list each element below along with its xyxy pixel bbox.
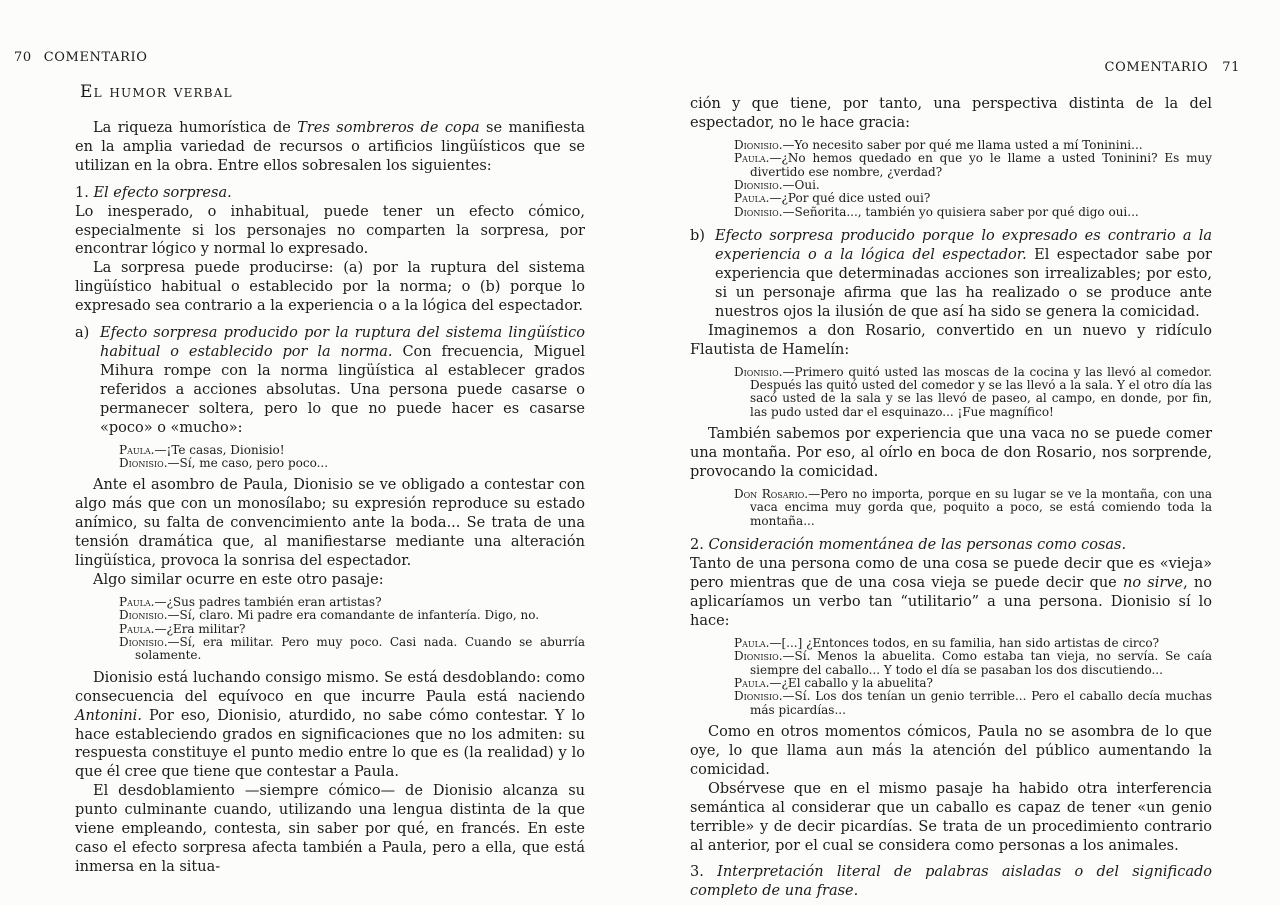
text-run: Imaginemos a don Rosario, convertido en … — [690, 323, 1212, 358]
paragraph: Obsérvese que en el mismo pasaje ha habi… — [690, 780, 1212, 856]
text-run: Obsérvese que en el mismo pasaje ha habi… — [690, 781, 1212, 854]
text-run: —Sí. Menos la abuelita. Como estaba tan … — [750, 649, 1212, 676]
lettered-item: b)Efecto sorpresa producido porque lo ex… — [690, 227, 1212, 322]
text-run: —Primero quitó usted las moscas de la co… — [750, 365, 1212, 419]
speaker-name: Paula. — [734, 636, 770, 650]
text-run: —Yo necesito saber por qué me llama uste… — [783, 138, 1143, 152]
dialogue-line: Dionisio.—Oui. — [734, 179, 1212, 192]
text-run: Lo inesperado, o inhabitual, puede tener… — [75, 204, 585, 258]
numbered-heading: 3. Interpretación literal de palabras ai… — [690, 863, 1212, 901]
text-run: Dionisio está luchando consigo mismo. Se… — [75, 670, 585, 705]
text-run: —Oui. — [783, 178, 820, 192]
lettered-item: a)Efecto sorpresa producido por la ruptu… — [75, 324, 585, 437]
dialogue-block: Paula.—[...] ¿Entonces todos, en su fami… — [734, 637, 1212, 717]
speaker-name: Paula. — [119, 622, 155, 636]
dialogue-line: Don Rosario.—Pero no importa, porque en … — [734, 488, 1212, 528]
speaker-name: Dionisio. — [734, 649, 783, 663]
running-head-right: COMENTARIO71 — [1105, 60, 1240, 75]
paragraph: También sabemos por experiencia que una … — [690, 425, 1212, 482]
speaker-name: Dionisio. — [119, 635, 168, 649]
text-run: —Sí, era militar. Pero muy poco. Casi na… — [135, 635, 585, 662]
speaker-name: Paula. — [734, 676, 770, 690]
paragraph: La sorpresa puede producirse: (a) por la… — [75, 259, 585, 316]
page-number-left: 70 — [14, 50, 32, 65]
dialogue-block: Dionisio.—Yo necesito saber por qué me l… — [734, 139, 1212, 219]
dialogue-block: Don Rosario.—Pero no importa, porque en … — [734, 488, 1212, 528]
text-run: no sirve — [1123, 575, 1183, 591]
paragraph: Tanto de una persona como de una cosa se… — [690, 555, 1212, 631]
speaker-name: Dionisio. — [734, 178, 783, 192]
speaker-name: Paula. — [734, 151, 770, 165]
item-label: b) — [690, 227, 705, 246]
dialogue-block: Paula.—¡Te casas, Dionisio!Dionisio.—Sí,… — [119, 444, 585, 471]
dialogue-line: Dionisio.—Señorita..., también yo quisie… — [734, 206, 1212, 219]
text-run: Ante el asombro de Paula, Dionisio se ve… — [75, 477, 585, 569]
paragraph: ción y que tiene, por tanto, una perspec… — [690, 95, 1212, 133]
text-run: —[...] ¿Entonces todos, en su familia, h… — [770, 636, 1160, 650]
paragraph: Dionisio está luchando consigo mismo. Se… — [75, 669, 585, 782]
dialogue-line: Paula.—[...] ¿Entonces todos, en su fami… — [734, 637, 1212, 650]
dialogue-line: Dionisio.—Sí, me caso, pero poco... — [119, 457, 585, 470]
dialogue-line: Paula.—¿El caballo y la abuelita? — [734, 677, 1212, 690]
speaker-name: Paula. — [734, 191, 770, 205]
speaker-name: Don Rosario. — [734, 487, 808, 501]
paragraph: La riqueza humorística de Tres sombreros… — [75, 119, 585, 176]
text-run: Tres sombreros de copa — [297, 120, 479, 136]
text-run: Consideración momentánea de las personas… — [708, 537, 1126, 553]
text-run: 2. — [690, 537, 708, 553]
text-run: —Pero no importa, porque en su lugar se … — [750, 487, 1212, 528]
speaker-name: Dionisio. — [119, 608, 168, 622]
dialogue-line: Dionisio.—Sí. Los dos tenían un genio te… — [734, 690, 1212, 717]
text-run: El efecto sorpresa. — [93, 185, 231, 201]
text-run: —Sí, me caso, pero poco... — [168, 456, 329, 470]
text-run: —Sí, claro. Mi padre era comandante de i… — [168, 608, 540, 622]
text-run: Por eso, Dionisio, aturdido, no sabe cóm… — [75, 708, 585, 781]
dialogue-line: Dionisio.—Sí, era militar. Pero muy poco… — [119, 636, 585, 663]
text-run: 3. — [690, 864, 717, 880]
running-head-title-left: COMENTARIO — [44, 50, 148, 65]
section-title: El humor verbal — [80, 82, 585, 102]
text-run: —¿No hemos quedado en que yo le llame a … — [750, 151, 1212, 178]
text-run: El desdoblamiento —siempre cómico— de Di… — [75, 783, 585, 875]
text-run: La riqueza humorística de — [93, 120, 297, 136]
paragraph: Lo inesperado, o inhabitual, puede tener… — [75, 203, 585, 260]
speaker-name: Paula. — [119, 443, 155, 457]
text-run: También sabemos por experiencia que una … — [690, 426, 1212, 480]
speaker-name: Dionisio. — [734, 205, 783, 219]
paragraph: Algo similar ocurre en este otro pasaje: — [75, 571, 585, 590]
text-run: —¿Por qué dice usted oui? — [770, 191, 931, 205]
dialogue-line: Dionisio.—Sí. Menos la abuelita. Como es… — [734, 650, 1212, 677]
left-page-blocks: La riqueza humorística de Tres sombreros… — [75, 119, 585, 877]
paragraph: Ante el asombro de Paula, Dionisio se ve… — [75, 476, 585, 571]
dialogue-line: Dionisio.—Yo necesito saber por qué me l… — [734, 139, 1212, 152]
text-run: —Sí. Los dos tenían un genio terrible...… — [750, 689, 1212, 716]
book-spread: 70COMENTARIO El humor verbal La riqueza … — [0, 0, 1280, 905]
dialogue-block: Paula.—¿Sus padres también eran artistas… — [119, 596, 585, 663]
paragraph: Imaginemos a don Rosario, convertido en … — [690, 322, 1212, 360]
page-70: 70COMENTARIO El humor verbal La riqueza … — [0, 0, 640, 905]
paragraph: El desdoblamiento —siempre cómico— de Di… — [75, 782, 585, 877]
text-run: —¡Te casas, Dionisio! — [155, 443, 285, 457]
dialogue-line: Paula.—¿Era militar? — [119, 623, 585, 636]
dialogue-line: Paula.—¿Sus padres también eran artistas… — [119, 596, 585, 609]
text-column-right: ción y que tiene, por tanto, una perspec… — [690, 95, 1212, 901]
dialogue-line: Dionisio.—Sí, claro. Mi padre era comand… — [119, 609, 585, 622]
page-71: COMENTARIO71 ción y que tiene, por tanto… — [640, 0, 1280, 905]
speaker-name: Dionisio. — [734, 365, 783, 379]
speaker-name: Paula. — [119, 595, 155, 609]
text-run: —¿El caballo y la abuelita? — [770, 676, 933, 690]
dialogue-line: Paula.—¿Por qué dice usted oui? — [734, 192, 1212, 205]
text-run: —¿Era militar? — [155, 622, 246, 636]
dialogue-line: Paula.—¡Te casas, Dionisio! — [119, 444, 585, 457]
speaker-name: Dionisio. — [734, 689, 783, 703]
text-run: 1. — [75, 185, 93, 201]
text-column-left: El humor verbal La riqueza humorística d… — [75, 82, 585, 877]
numbered-heading: 2. Consideración momentánea de las perso… — [690, 536, 1212, 555]
item-label: a) — [75, 324, 89, 343]
right-page-blocks: ción y que tiene, por tanto, una perspec… — [690, 95, 1212, 901]
dialogue-line: Dionisio.—Primero quitó usted las moscas… — [734, 366, 1212, 420]
text-run: Como en otros momentos cómicos, Paula no… — [690, 724, 1212, 778]
dialogue-block: Dionisio.—Primero quitó usted las moscas… — [734, 366, 1212, 420]
speaker-name: Dionisio. — [734, 138, 783, 152]
page-number-right: 71 — [1222, 60, 1240, 75]
text-run: Antonini. — [75, 708, 142, 724]
text-run: —Señorita..., también yo quisiera saber … — [783, 205, 1139, 219]
dialogue-line: Paula.—¿No hemos quedado en que yo le ll… — [734, 152, 1212, 179]
paragraph: Como en otros momentos cómicos, Paula no… — [690, 723, 1212, 780]
text-run: La sorpresa puede producirse: (a) por la… — [75, 260, 585, 314]
text-run: —¿Sus padres también eran artistas? — [155, 595, 382, 609]
numbered-heading: 1. El efecto sorpresa. — [75, 184, 585, 203]
text-run: Algo similar ocurre en este otro pasaje: — [93, 572, 384, 588]
text-run: ción y que tiene, por tanto, una perspec… — [690, 96, 1212, 131]
running-head-left: 70COMENTARIO — [14, 50, 147, 65]
speaker-name: Dionisio. — [119, 456, 168, 470]
running-head-title-right: COMENTARIO — [1105, 60, 1209, 75]
text-run: Interpretación literal de palabras aisla… — [690, 864, 1212, 899]
